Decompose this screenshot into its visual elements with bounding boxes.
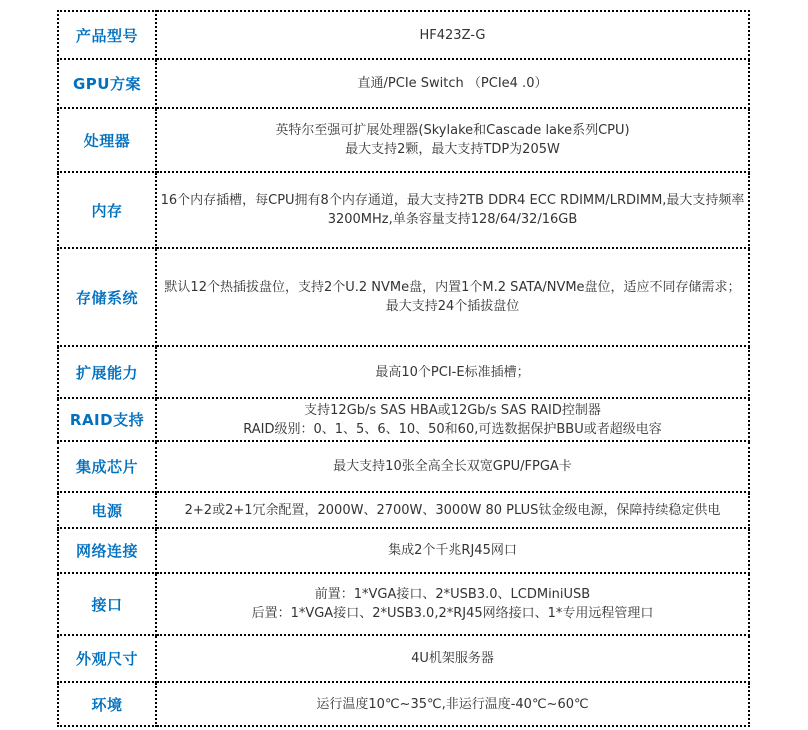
spec-value-line: 运行温度10℃~35℃,非运行温度-40℃~60℃ — [157, 695, 748, 714]
spec-label: 集成芯片 — [58, 441, 156, 492]
spec-value-line: 最大支持2颗，最大支持TDP为205W — [157, 140, 748, 159]
table-row: 外观尺寸4U机架服务器 — [58, 635, 749, 682]
spec-label: 接口 — [58, 573, 156, 635]
table-row: 内存16个内存插槽，每CPU拥有8个内存通道，最大支持2TB DDR4 ECC … — [58, 172, 749, 248]
spec-value: HF423Z-G — [156, 11, 749, 59]
spec-table-body: 产品型号HF423Z-GGPU方案直通/PCIe Switch （PCIe4 .… — [58, 11, 749, 726]
spec-label: RAID支持 — [58, 398, 156, 441]
spec-value: 集成2个千兆RJ45网口 — [156, 528, 749, 573]
table-row: 产品型号HF423Z-G — [58, 11, 749, 59]
spec-label: 环境 — [58, 682, 156, 726]
spec-label: GPU方案 — [58, 59, 156, 108]
spec-value: 最高10个PCI-E标准插槽； — [156, 346, 749, 398]
spec-label: 外观尺寸 — [58, 635, 156, 682]
spec-value: 4U机架服务器 — [156, 635, 749, 682]
table-row: RAID支持支持12Gb/s SAS HBA或12Gb/s SAS RAID控制… — [58, 398, 749, 441]
spec-value-line: 默认12个热插拔盘位，支持2个U.2 NVMe盘，内置1个M.2 SATA/NV… — [157, 278, 748, 297]
table-row: GPU方案直通/PCIe Switch （PCIe4 .0） — [58, 59, 749, 108]
spec-value-line: 16个内存插槽，每CPU拥有8个内存通道，最大支持2TB DDR4 ECC RD… — [157, 191, 748, 210]
table-row: 接口前置：1*VGA接口、2*USB3.0、LCDMiniUSB后置：1*VGA… — [58, 573, 749, 635]
spec-value: 运行温度10℃~35℃,非运行温度-40℃~60℃ — [156, 682, 749, 726]
table-row: 环境运行温度10℃~35℃,非运行温度-40℃~60℃ — [58, 682, 749, 726]
spec-value-line: 最大支持10张全高全长双宽GPU/FPGA卡 — [157, 457, 748, 476]
spec-label: 扩展能力 — [58, 346, 156, 398]
table-row: 网络连接集成2个千兆RJ45网口 — [58, 528, 749, 573]
spec-label: 网络连接 — [58, 528, 156, 573]
spec-label: 存储系统 — [58, 248, 156, 346]
table-row: 扩展能力最高10个PCI-E标准插槽； — [58, 346, 749, 398]
spec-value-line: 支持12Gb/s SAS HBA或12Gb/s SAS RAID控制器 — [157, 401, 748, 420]
table-row: 处理器英特尔至强可扩展处理器(Skylake和Cascade lake系列CPU… — [58, 108, 749, 172]
table-row: 集成芯片最大支持10张全高全长双宽GPU/FPGA卡 — [58, 441, 749, 492]
table-row: 存储系统默认12个热插拔盘位，支持2个U.2 NVMe盘，内置1个M.2 SAT… — [58, 248, 749, 346]
spec-value: 16个内存插槽，每CPU拥有8个内存通道，最大支持2TB DDR4 ECC RD… — [156, 172, 749, 248]
spec-value-line: 4U机架服务器 — [157, 649, 748, 668]
spec-value: 前置：1*VGA接口、2*USB3.0、LCDMiniUSB后置：1*VGA接口… — [156, 573, 749, 635]
spec-value-line: HF423Z-G — [157, 26, 748, 45]
product-spec-page: 产品型号HF423Z-GGPU方案直通/PCIe Switch （PCIe4 .… — [0, 0, 808, 730]
spec-table: 产品型号HF423Z-GGPU方案直通/PCIe Switch （PCIe4 .… — [57, 10, 750, 727]
spec-value-line: 英特尔至强可扩展处理器(Skylake和Cascade lake系列CPU) — [157, 121, 748, 140]
spec-label: 内存 — [58, 172, 156, 248]
spec-value-line: 3200MHz,单条容量支持128/64/32/16GB — [157, 210, 748, 229]
spec-label: 处理器 — [58, 108, 156, 172]
spec-label: 产品型号 — [58, 11, 156, 59]
spec-value: 2+2或2+1冗余配置，2000W、2700W、3000W 80 PLUS钛金级… — [156, 492, 749, 528]
spec-value-line: 直通/PCIe Switch （PCIe4 .0） — [157, 74, 748, 93]
spec-value-line: 前置：1*VGA接口、2*USB3.0、LCDMiniUSB — [157, 585, 748, 604]
table-row: 电源2+2或2+1冗余配置，2000W、2700W、3000W 80 PLUS钛… — [58, 492, 749, 528]
spec-label: 电源 — [58, 492, 156, 528]
spec-value: 支持12Gb/s SAS HBA或12Gb/s SAS RAID控制器RAID级… — [156, 398, 749, 441]
spec-value: 默认12个热插拔盘位，支持2个U.2 NVMe盘，内置1个M.2 SATA/NV… — [156, 248, 749, 346]
spec-value-line: 最高10个PCI-E标准插槽； — [157, 363, 748, 382]
spec-value: 直通/PCIe Switch （PCIe4 .0） — [156, 59, 749, 108]
spec-value-line: RAID级别：0、1、5、6、10、50和60,可选数据保护BBU或者超级电容 — [157, 420, 748, 439]
spec-value-line: 2+2或2+1冗余配置，2000W、2700W、3000W 80 PLUS钛金级… — [157, 501, 748, 520]
spec-value: 英特尔至强可扩展处理器(Skylake和Cascade lake系列CPU)最大… — [156, 108, 749, 172]
spec-value: 最大支持10张全高全长双宽GPU/FPGA卡 — [156, 441, 749, 492]
spec-value-line: 后置：1*VGA接口、2*USB3.0,2*RJ45网络接口、1*专用远程管理口 — [157, 604, 748, 623]
spec-value-line: 最大支持24个插拔盘位 — [157, 297, 748, 316]
spec-value-line: 集成2个千兆RJ45网口 — [157, 541, 748, 560]
